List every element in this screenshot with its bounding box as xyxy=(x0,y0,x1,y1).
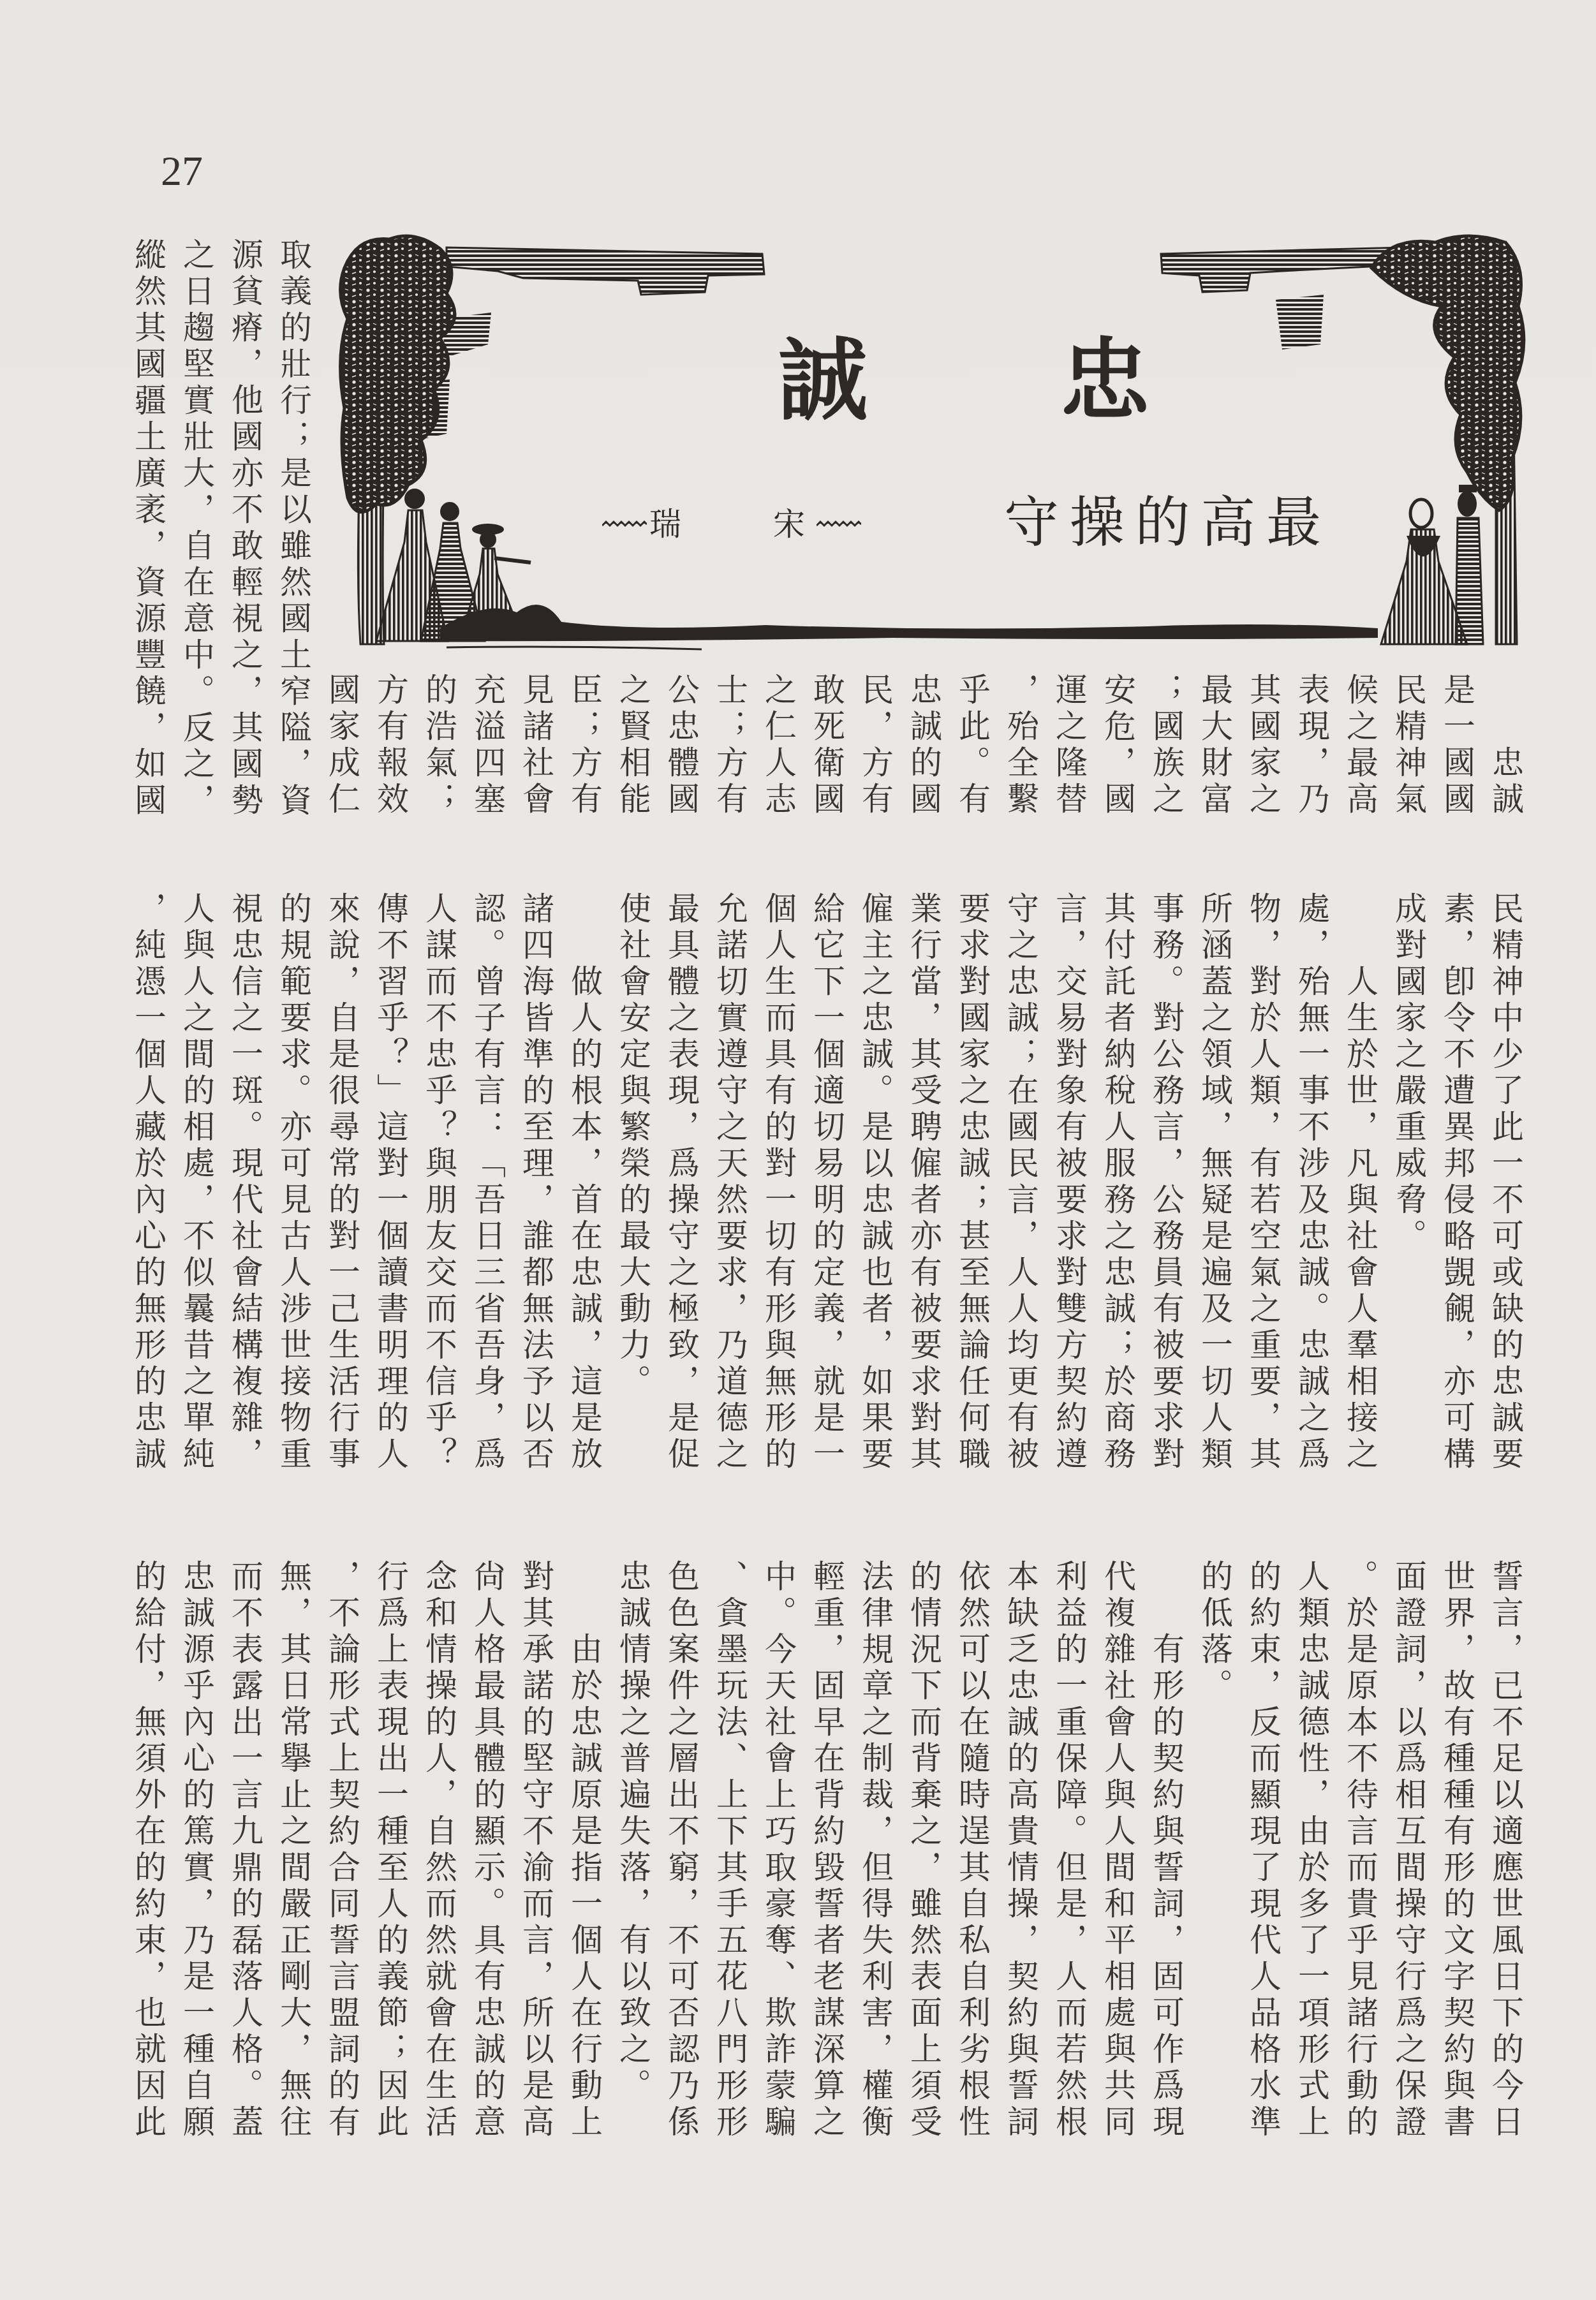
text-column: 視忠信之一斑。現代社會結構複雜， xyxy=(221,892,269,1473)
text-column: 諸四海皆準的至理，誰都無法予以否 xyxy=(512,892,560,1473)
text-column: 對其承諾的堅守不渝而言，所以是高 xyxy=(512,1559,560,2141)
text-column: 色色案件之層出不窮，不可否認乃係 xyxy=(657,1559,706,2141)
text-column: 民精神中少了此一不可或缺的忠誠要 xyxy=(1481,892,1530,1473)
text-column: 人謀而不忠乎？與朋友交而不信乎？ xyxy=(415,892,463,1473)
text-column: 公忠體國 xyxy=(657,673,706,818)
text-column: 依然可以在隨時逞其自私自利劣根性 xyxy=(948,1559,996,2141)
text-column: 之賢相能 xyxy=(609,673,657,818)
paragraph-start-column: 人生於世，凡與社會人羣相接之 xyxy=(1336,892,1384,1473)
text-column: 表現，乃 xyxy=(1287,673,1336,818)
text-column: 利益的一重保障。但是，人而若然根 xyxy=(1045,1559,1093,2141)
paragraph-start-column: 做人的根本，首在忠誠，這是放 xyxy=(560,892,609,1473)
text-column: 念和情操的人，自然而然就會在生活 xyxy=(415,1559,463,2141)
text-column: 候之最高 xyxy=(1336,673,1384,818)
text-column: 尙人格最具體的顯示。具有忠誠的意 xyxy=(463,1559,512,2141)
text-column: ；國族之 xyxy=(1142,673,1190,818)
text-column: 來說，自是很尋常的對一己生活行事 xyxy=(318,892,366,1473)
tree-right-icon xyxy=(1371,236,1524,644)
text-column: 之仁人志 xyxy=(754,673,802,818)
text-column: 取義的壯行；是以雖然國土窄隘，資 xyxy=(269,238,318,820)
text-column: 素，卽令不遭異邦侵略覬覦，亦可構 xyxy=(1433,892,1481,1473)
text-column: 方有報效 xyxy=(366,673,415,818)
text-column: 成對國家之嚴重威脅。 xyxy=(1384,892,1433,1473)
article-subtitle: 最高的操守 xyxy=(1004,491,1321,555)
text-column: 言，交易對象有被要求對雙方契約遵 xyxy=(1045,892,1093,1473)
text-column: 的情況下而背棄之，雖然表面上須受 xyxy=(899,1559,948,2141)
text-column: 人類忠誠德性，由於多了一項形式上 xyxy=(1287,1559,1336,2141)
couple-figures-icon xyxy=(1381,485,1483,644)
text-column: 充溢四塞 xyxy=(463,673,512,818)
text-column: 世界，故有種種有形的文字契約與書 xyxy=(1433,1559,1481,2141)
text-column: 傳不習乎？」這對一個讀書明理的人 xyxy=(366,892,415,1473)
text-column: 忠誠的國 xyxy=(899,673,948,818)
text-column: 事務。對公務言，公務員有被要求對 xyxy=(1142,892,1190,1473)
text-column: 認。曾子有言：「吾日三省吾身，爲 xyxy=(463,892,512,1473)
text-column: 民，方有 xyxy=(851,673,899,818)
text-column: ，純憑一個人藏於內心的無形的忠誠 xyxy=(124,892,172,1473)
text-column: 忠誠情操之普遍失落，有以致之。 xyxy=(609,1559,657,2141)
text-column: 無，其日常擧止之間嚴正剛大，無往 xyxy=(269,1559,318,2141)
text-column: 源貧瘠，他國亦不敢輕視之，其國勢 xyxy=(221,238,269,820)
paragraph-start-column: 由於忠誠原是指一個人在行動上 xyxy=(560,1559,609,2141)
text-column: 代複雜社會人與人間和平相處與共同 xyxy=(1093,1559,1142,2141)
text-column: 的浩氣； xyxy=(415,673,463,818)
cloud-band-right-icon xyxy=(1161,247,1407,350)
left-text-columns: 取義的壯行；是以雖然國土窄隘，資 源貧瘠，他國亦不敢輕視之，其國勢 之日趨堅實壯… xyxy=(124,238,318,820)
text-column: 守之忠誠；在國民言，人人均更有被 xyxy=(996,892,1045,1473)
wavy-line-icon xyxy=(816,518,861,533)
text-column: 的約束，反而顯現了現代人品格水準 xyxy=(1239,1559,1287,2141)
article-heading: 忠誠 xyxy=(1481,673,1530,818)
ground-line-icon xyxy=(440,605,1378,649)
text-column: 安危，國 xyxy=(1093,673,1142,818)
text-column: 運之隆替 xyxy=(1045,673,1093,818)
text-column: 的低落。 xyxy=(1190,1559,1239,2141)
article-title: 忠誠 xyxy=(778,327,1149,435)
text-column: 處，殆無一事不涉及忠誠。忠誠之爲 xyxy=(1287,892,1336,1473)
bottom-text-band: 誓言，已不足以適應世風日下的今日 世界，故有種種有形的文字契約與書 面證詞，以爲… xyxy=(124,1559,1530,2141)
text-column: 中。今天社會上巧取豪奪、欺詐蒙騙 xyxy=(754,1559,802,2141)
text-column: 人與人之間的相處，不似曩昔之單純 xyxy=(172,892,221,1473)
text-column: 的規範要求。亦可見古人涉世接物重 xyxy=(269,892,318,1473)
text-column: 而不表露出一言九鼎的磊落人格。蓋 xyxy=(221,1559,269,2141)
text-column: 使社會安定與繁榮的最大動力。 xyxy=(609,892,657,1473)
text-column: 允諾切實遵守之天然要求，乃道德之 xyxy=(706,892,754,1473)
text-column: ，殆全繫 xyxy=(996,673,1045,818)
text-column: 乎此。有 xyxy=(948,673,996,818)
text-column: 法律規章之制裁，但得失利害，權衡 xyxy=(851,1559,899,2141)
text-column: 國家成仁 xyxy=(318,673,366,818)
opening-text-band: 忠誠 是一國國 民精神氣 候之最高 表現，乃 其國家之 最大財富 ；國族之 安危… xyxy=(318,673,1530,818)
text-column: 縱然其國疆土廣袤，資源豐饒，如國 xyxy=(124,238,172,820)
paragraph-start-column: 有形的契約與誓詞，固可作爲現 xyxy=(1142,1559,1190,2141)
cloud-band-left-icon xyxy=(415,247,764,440)
text-column: 臣；方有 xyxy=(560,673,609,818)
text-column: 僱主之忠誠。是以忠誠也者，如果要 xyxy=(851,892,899,1473)
text-column: 。於是原本不待言而貴乎見諸行動的 xyxy=(1336,1559,1384,2141)
text-column: 民精神氣 xyxy=(1384,673,1433,818)
text-column: 其國家之 xyxy=(1239,673,1287,818)
text-column: 業行當，其受聘僱者亦有被要求對其 xyxy=(899,892,948,1473)
text-column: 最大財富 xyxy=(1190,673,1239,818)
text-column: 其付託者納稅人服務之忠誠；於商務 xyxy=(1093,892,1142,1473)
text-column: 物，對於人類，有若空氣之重要，其 xyxy=(1239,892,1287,1473)
text-column: 個人生而具有的對一切有形與無形的 xyxy=(754,892,802,1473)
text-column: 的給付，無須外在的約束，也就因此 xyxy=(124,1559,172,2141)
text-column: 所涵蓋之領域，無疑是遍及一切人類 xyxy=(1190,892,1239,1473)
text-column: 給它下一個適切易明的定義，就是一 xyxy=(802,892,851,1473)
text-column: 最具體之表現，爲操守之極致，是促 xyxy=(657,892,706,1473)
text-column: 本缺乏忠誠的高貴情操，契約與誓詞 xyxy=(996,1559,1045,2141)
text-column: 士；方有 xyxy=(706,673,754,818)
text-column: 見諸社會 xyxy=(512,673,560,818)
text-column: 要求對國家之忠誠；甚至無論任何職 xyxy=(948,892,996,1473)
text-column: 面證詞，以爲相互間操守行爲之保證 xyxy=(1384,1559,1433,2141)
middle-text-band: 民精神中少了此一不可或缺的忠誠要 素，卽令不遭異邦侵略覬覦，亦可構 成對國家之嚴… xyxy=(124,892,1530,1473)
text-column: 誓言，已不足以適應世風日下的今日 xyxy=(1481,1559,1530,2141)
magazine-page: 27 xyxy=(0,0,1596,2300)
text-column: 、貪墨玩法、上下其手五花八門形形 xyxy=(706,1559,754,2141)
text-column: 之日趨堅實壯大，自在意中。反之， xyxy=(172,238,221,820)
text-column: 是一國國 xyxy=(1433,673,1481,818)
text-column: ，不論形式上契約合同誓言盟詞的有 xyxy=(318,1559,366,2141)
wavy-line-icon xyxy=(602,518,647,533)
text-column: 忠誠源乎內心的篤實，乃是一種自願 xyxy=(172,1559,221,2141)
text-column: 敢死衛國 xyxy=(802,673,851,818)
article-author: 宋瑞 xyxy=(649,505,805,543)
text-column: 行爲上表現出一種至人的義節；因此 xyxy=(366,1559,415,2141)
text-column: 輕重，固早在背約毀誓者老謀深算之 xyxy=(802,1559,851,2141)
